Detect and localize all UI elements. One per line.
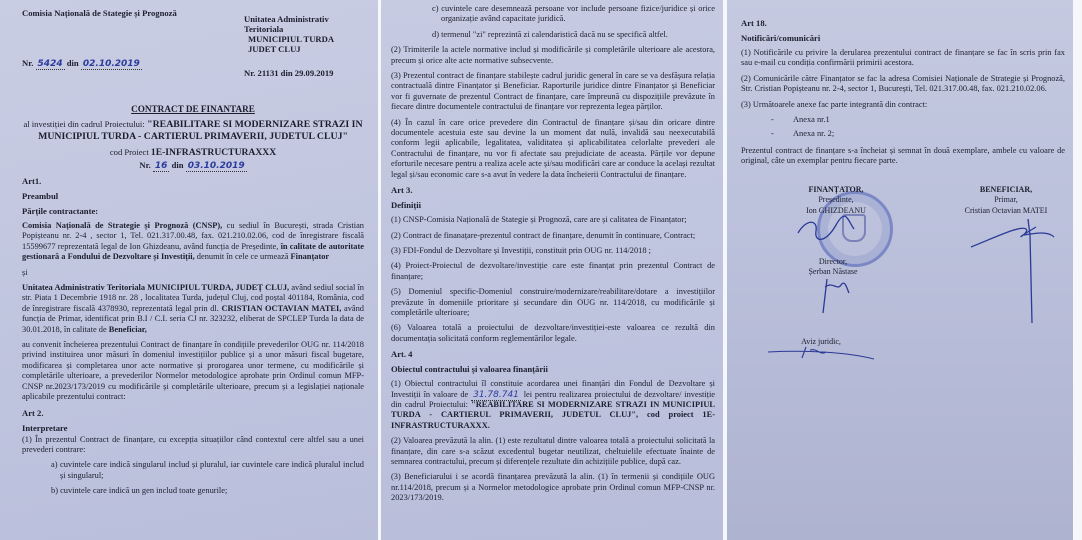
party-beneficiary: Unitatea Administrativ Teritoriala MUNIC… (22, 283, 364, 335)
article-2-item-d: d) termenul "zi" reprezintă zi calendari… (391, 30, 715, 40)
article-2-title: Interpretare (22, 423, 364, 433)
handwritten-signature-icon (966, 215, 1056, 325)
article-4-title: Obiectul contractului și valoarea finanț… (391, 364, 715, 374)
article-18-paragraph-2: (2) Comunicările către Finanțator se fac… (741, 74, 1065, 95)
director-signature: Director, Șerban Năstase (783, 257, 883, 278)
handwritten-signature-icon (811, 277, 851, 317)
contract-number: Nr. 16 din 03.10.2019 (22, 160, 364, 171)
article-2-paragraph-2: (2) Trimiterile la actele normative incl… (391, 45, 715, 66)
financer-signature: FINANȚATOR, Președinte, Ion GHIZDEANU (781, 185, 891, 217)
party-financer: Comisia Națională de Strategie și Progno… (22, 221, 364, 263)
annex-item: -Anexa nr.1 (771, 113, 1065, 127)
definition-item: (5) Domeniul specific-Domeniul construir… (391, 287, 715, 318)
page-margin (1073, 0, 1082, 540)
contract-page-1: Comisia Națională de Stategie și Prognoz… (0, 0, 378, 540)
beneficiary-header: Unitatea Administrativ Teritoriala MUNIC… (244, 14, 364, 78)
project-code: cod Proiect 1E-INFRASTRUCTURAXXX (22, 147, 364, 158)
article-18-paragraph-1: (1) Notificările cu privire la derularea… (741, 48, 1065, 69)
document-collage: Comisia Națională de Stategie și Prognoz… (0, 0, 1082, 540)
article-4-paragraph-2: (2) Valoarea prevăzută la alin. (1) este… (391, 436, 715, 467)
article-2-item-a: a) cuvintele care indică singularul incl… (22, 460, 364, 481)
article-18-paragraph-3: (3) Următoarele anexe fac parte integran… (741, 100, 1065, 110)
article-4-paragraph-1: (1) Obiectul contractului îl constituie … (391, 379, 715, 431)
contract-page-3: Art 18. Notificări/comunicări (1) Notifi… (727, 0, 1073, 540)
beneficiary-signature: BENEFICIAR, Primar, Cristian Octavian MA… (941, 185, 1071, 217)
article-2-paragraph-1: (1) În prezentul Contract de finanțare, … (22, 435, 364, 456)
article-3-title: Definiții (391, 200, 715, 210)
financer-registration: Nr. 5424 din 02.10.2019 (22, 58, 177, 69)
article-18-heading: Art 18. (741, 18, 1065, 28)
beneficiary-registration: Nr. 21131 din 29.09.2019 (244, 68, 364, 78)
legal-approval: Aviz juridic, (741, 337, 901, 362)
handwritten-signature-icon (766, 346, 876, 360)
definition-item: (4) Proiect-Proiectul de dezvoltare/inve… (391, 261, 715, 282)
article-2-heading: Art 2. (22, 408, 364, 418)
definition-item: (1) CNSP-Comisia Națională de Stategie ș… (391, 215, 715, 225)
annex-list: -Anexa nr.1 -Anexa nr. 2; (741, 113, 1065, 141)
handwritten-amount: 31.78.741 (471, 390, 521, 401)
article-1-title: Preambul (22, 191, 364, 201)
and-conjunction: și (22, 268, 364, 278)
agreement-clause: au convenit încheierea prezentului Contr… (22, 340, 364, 402)
handwritten-number: 5424 (36, 59, 65, 70)
contract-page-2: c) cuvintele care desemnează persoane vo… (381, 0, 723, 540)
financer-header: Comisia Națională de Stategie și Prognoz… (22, 8, 177, 18)
parties-title: Părțile contractante: (22, 206, 364, 216)
article-2-item-c: c) cuvintele care desemnează persoane vo… (391, 4, 715, 25)
project-heading: al investiției din cadrul Proiectului: "… (22, 118, 364, 143)
article-3-heading: Art 3. (391, 185, 715, 195)
definition-item: (3) FDI-Fondul de Dezvoltare și Investiț… (391, 246, 715, 256)
article-2-paragraph-3: (3) Prezentul contract de finanțare stab… (391, 71, 715, 113)
handwritten-date: 02.10.2019 (81, 59, 142, 70)
article-2-paragraph-4: (4) În cazul în care orice prevedere din… (391, 118, 715, 180)
article-2-item-b: b) cuvintele care indică un gen includ t… (22, 486, 364, 496)
handwritten-signature-icon (796, 215, 856, 245)
article-4-heading: Art. 4 (391, 349, 715, 359)
contract-title: CONTRACT DE FINANTARE (22, 104, 364, 114)
definition-item: (2) Contract de finanațare-prezentul con… (391, 231, 715, 241)
article-18-title: Notificări/comunicări (741, 33, 1065, 43)
definition-item: (6) Valoarea totală a proiectului de dez… (391, 323, 715, 344)
definitions-list: (1) CNSP-Comisia Națională de Stategie ș… (391, 215, 715, 344)
signature-block: FINANȚATOR, Președinte, Ion GHIZDEANU BE… (741, 185, 1065, 315)
closing-statement: Prezentul contract de finanțare s-a înch… (741, 146, 1065, 167)
article-4-paragraph-3: (3) Beneficiarului i se acordă finanțare… (391, 472, 715, 503)
page-header: Comisia Națională de Stategie și Prognoz… (22, 8, 364, 78)
annex-item: -Anexa nr. 2; (771, 127, 1065, 141)
article-1-heading: Art1. (22, 176, 364, 186)
